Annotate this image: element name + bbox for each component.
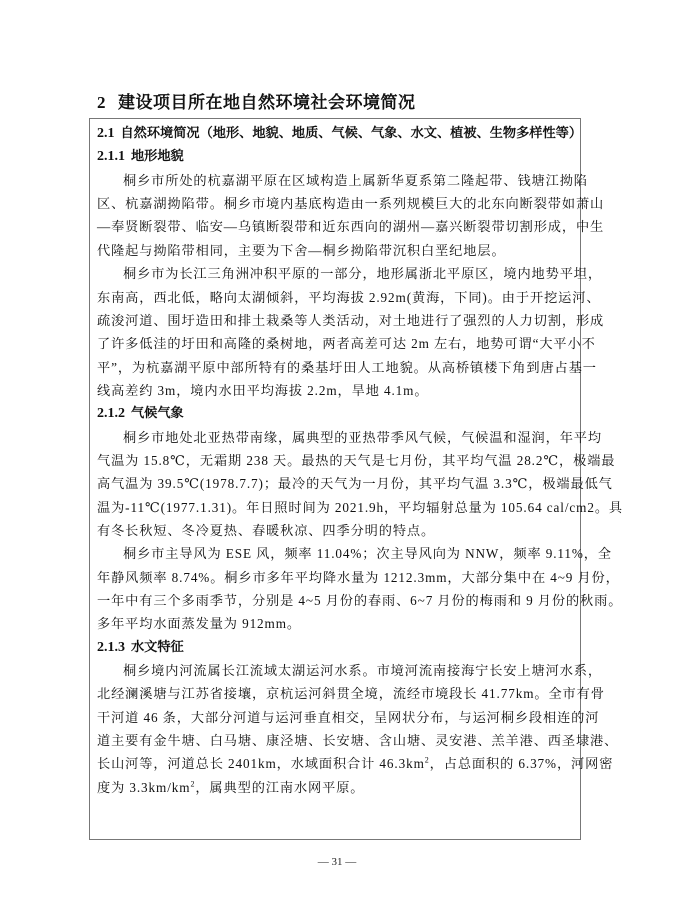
text-line: 桐乡境内河流属长江流域太湖运河水系。市境河流南接海宁长安上塘河水系，: [97, 659, 577, 682]
subsection-number: 2.1.2: [97, 406, 125, 421]
section-number: 2.1: [97, 126, 115, 141]
text-line: 高气温为 39.5℃(1978.7.7)；最冷的天气为一月份，其平均气温 3.3…: [97, 472, 577, 495]
subsection-title: 地形地貌: [131, 149, 184, 164]
text-line: 有冬长秋短、冬冷夏热、春暖秋凉、四季分明的特点。: [97, 519, 577, 542]
content-box: 2.1自然环境简况（地形、地貌、地质、气候、气象、水文、植被、生物多样性等） 2…: [89, 118, 581, 840]
subsection-heading-terrain: 2.1.1地形地貌: [97, 145, 577, 168]
text-line: 了许多低洼的圩田和高隆的桑树地，两者高差可达 2m 左右，地势可谓“大平小不: [97, 332, 577, 355]
text-line: 干河道 46 条，大部分河道与运河垂直相交，呈网状分布，与运河桐乡段相连的河: [97, 706, 577, 729]
paragraph-climate-1: 桐乡市地处北亚热带南缘，属典型的亚热带季风气候，气候温和湿润，年平均 气温为 1…: [97, 426, 577, 543]
text-line: 气温为 15.8℃，无霜期 238 天。最热的天气是七月份，其平均气温 28.2…: [97, 449, 577, 472]
text-fragment: 度为 3.3km/km: [97, 780, 190, 795]
chapter-number: 2: [97, 93, 106, 112]
paragraph-climate-2: 桐乡市主导风为 ESE 风，频率 11.04%；次主导风向为 NNW，频率 9.…: [97, 542, 577, 635]
text-line: 桐乡市所处的杭嘉湖平原在区域构造上属新华夏系第二隆起带、钱塘江拗陷: [97, 169, 577, 192]
text-line: 线高差约 3m，境内水田平均海拔 2.2m，旱地 4.1m。: [97, 379, 577, 402]
subsection-number: 2.1.3: [97, 640, 125, 655]
text-line: 桐乡市地处北亚热带南缘，属典型的亚热带季风气候，气候温和湿润，年平均: [97, 426, 577, 449]
content-body: 2.1自然环境简况（地形、地貌、地质、气候、气象、水文、植被、生物多样性等） 2…: [97, 122, 577, 799]
text-line: 东南高，西北低，略向太湖倾斜，平均海拔 2.92m(黄海，下同)。由于开挖运河、: [97, 286, 577, 309]
subsection-title: 水文特征: [131, 640, 184, 655]
chapter-title: 2建设项目所在地自然环境社会环境简况: [97, 88, 416, 113]
chapter-title-text: 建设项目所在地自然环境社会环境简况: [118, 93, 416, 113]
page-number: — 31 —: [0, 856, 674, 868]
text-line: 桐乡市主导风为 ESE 风，频率 11.04%；次主导风向为 NNW，频率 9.…: [97, 542, 577, 565]
text-line: 桐乡市为长江三角洲冲积平原的一部分，地形属浙北平原区，境内地势平坦，: [97, 262, 577, 285]
text-line: 温为-11℃(1977.1.31)。年日照时间为 2021.9h，平均辐射总量为…: [97, 496, 577, 519]
text-line-with-superscript: 度为 3.3km/km2，属典型的江南水网平原。: [97, 776, 577, 799]
text-line: 疏浚河道、围圩造田和排土栽桑等人类活动，对土地进行了强烈的人力切割，形成: [97, 309, 577, 332]
text-line: 北经澜溪塘与江苏省接壤，京杭运河斜贯全境，流经市境段长 41.77km。全市有骨: [97, 682, 577, 705]
text-line: 代隆起与拗陷带相同，主要为下舍—桐乡拗陷带沉积白垩纪地层。: [97, 239, 577, 262]
section-heading: 2.1自然环境简况（地形、地貌、地质、气候、气象、水文、植被、生物多样性等）: [97, 122, 577, 145]
text-fragment: ，占总面积的 6.37%，河网密: [430, 756, 614, 771]
paragraph-terrain-1: 桐乡市所处的杭嘉湖平原在区域构造上属新华夏系第二隆起带、钱塘江拗陷 区、杭嘉湖拗…: [97, 169, 577, 262]
text-fragment: ，属典型的江南水网平原。: [195, 780, 364, 795]
text-line-with-superscript: 长山河等，河道总长 2401km，水域面积合计 46.3km2，占总面积的 6.…: [97, 752, 577, 775]
paragraph-hydrology-1: 桐乡境内河流属长江流域太湖运河水系。市境河流南接海宁长安上塘河水系， 北经澜溪塘…: [97, 659, 577, 799]
text-line: —奉贤断裂带、临安—乌镇断裂带和近东西向的湖州—嘉兴断裂带切割形成，中生: [97, 215, 577, 238]
subsection-number: 2.1.1: [97, 149, 125, 164]
text-line: 区、杭嘉湖拗陷带。桐乡市境内基底构造由一系列规模巨大的北东向断裂带如萧山: [97, 192, 577, 215]
subsection-title: 气候气象: [131, 406, 184, 421]
text-line: 年静风频率 8.74%。桐乡市多年平均降水量为 1212.3mm，大部分集中在 …: [97, 566, 577, 589]
text-fragment: 长山河等，河道总长 2401km，水域面积合计 46.3km: [97, 756, 425, 771]
text-line: 道主要有金牛塘、白马塘、康泾塘、长安塘、含山塘、灵安港、羔羊港、西圣埭港、: [97, 729, 577, 752]
text-line: 平”，为杭嘉湖平原中部所特有的桑基圩田人工地貌。从高桥镇楼下角到唐占基一: [97, 356, 577, 379]
section-title: 自然环境简况（地形、地貌、地质、气候、气象、水文、植被、生物多样性等）: [121, 126, 583, 141]
subsection-heading-hydrology: 2.1.3水文特征: [97, 636, 577, 659]
paragraph-terrain-2: 桐乡市为长江三角洲冲积平原的一部分，地形属浙北平原区，境内地势平坦， 东南高，西…: [97, 262, 577, 402]
text-line: 一年中有三个多雨季节，分别是 4~5 月份的春雨、6~7 月份的梅雨和 9 月份…: [97, 589, 577, 612]
subsection-heading-climate: 2.1.2气候气象: [97, 402, 577, 425]
text-line: 多年平均水面蒸发量为 912mm。: [97, 612, 577, 635]
